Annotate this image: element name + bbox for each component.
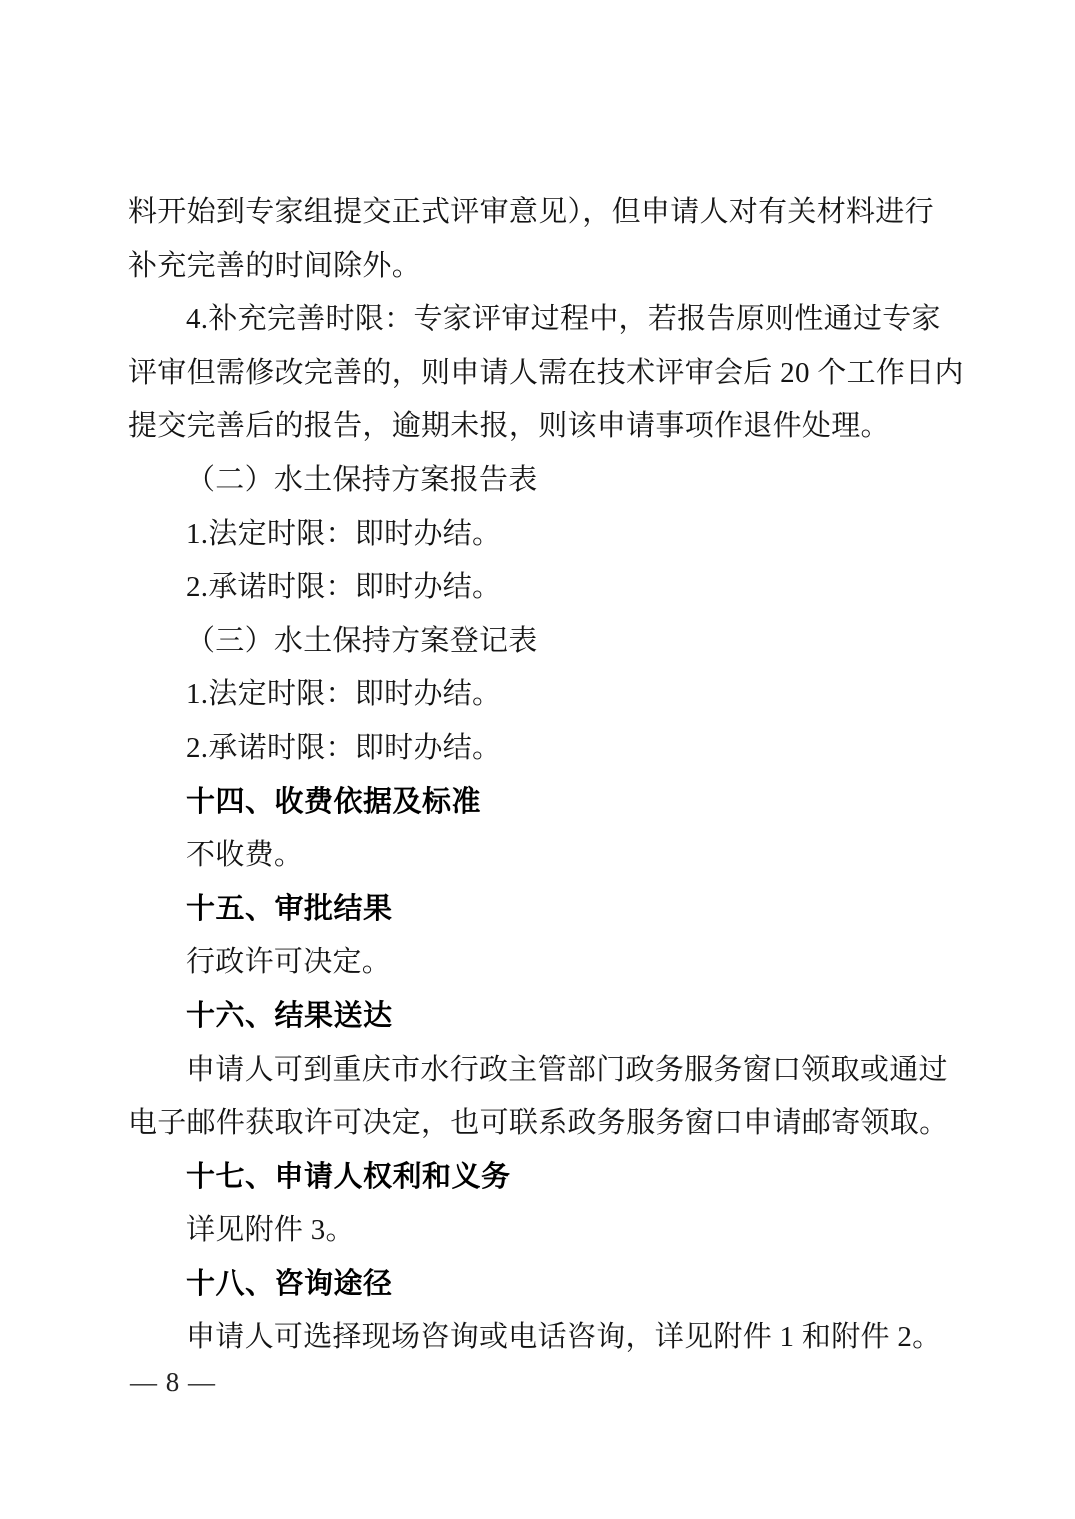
document-page: 料开始到专家组提交正式评审意见），但申请人对有关材料进行补充完善的时间除外。4.…: [0, 0, 1075, 1519]
section-heading: 十七、申请人权利和义务: [128, 1151, 952, 1205]
document-body: 料开始到专家组提交正式评审意见），但申请人对有关材料进行补充完善的时间除外。4.…: [128, 186, 952, 1365]
text-line: 补充完善的时间除外。: [128, 240, 952, 294]
text-line: 料开始到专家组提交正式评审意见），但申请人对有关材料进行: [128, 186, 952, 240]
text-line: （二）水土保持方案报告表: [128, 454, 952, 508]
section-heading: 十五、审批结果: [128, 883, 952, 937]
text-line: 电子邮件获取许可决定，也可联系政务服务窗口申请邮寄领取。: [128, 1097, 952, 1151]
section-heading: 十六、结果送达: [128, 990, 952, 1044]
text-line: 申请人可到重庆市水行政主管部门政务服务窗口领取或通过: [128, 1044, 952, 1098]
page-number: — 8 —: [130, 1362, 216, 1402]
section-heading: 十八、咨询途径: [128, 1258, 952, 1312]
text-line: 评审但需修改完善的，则申请人需在技术评审会后 20 个工作日内: [128, 347, 952, 401]
text-line: 详见附件 3。: [128, 1204, 952, 1258]
text-line: 不收费。: [128, 829, 952, 883]
text-line: 行政许可决定。: [128, 936, 952, 990]
text-line: 1.法定时限：即时办结。: [128, 668, 952, 722]
text-line: （三）水土保持方案登记表: [128, 615, 952, 669]
text-line: 1.法定时限：即时办结。: [128, 508, 952, 562]
section-heading: 十四、收费依据及标准: [128, 776, 952, 830]
text-line: 2.承诺时限：即时办结。: [128, 561, 952, 615]
text-line: 提交完善后的报告，逾期未报，则该申请事项作退件处理。: [128, 400, 952, 454]
text-line: 申请人可选择现场咨询或电话咨询，详见附件 1 和附件 2。: [128, 1311, 952, 1365]
text-line: 4.补充完善时限：专家评审过程中，若报告原则性通过专家: [128, 293, 952, 347]
text-line: 2.承诺时限：即时办结。: [128, 722, 952, 776]
